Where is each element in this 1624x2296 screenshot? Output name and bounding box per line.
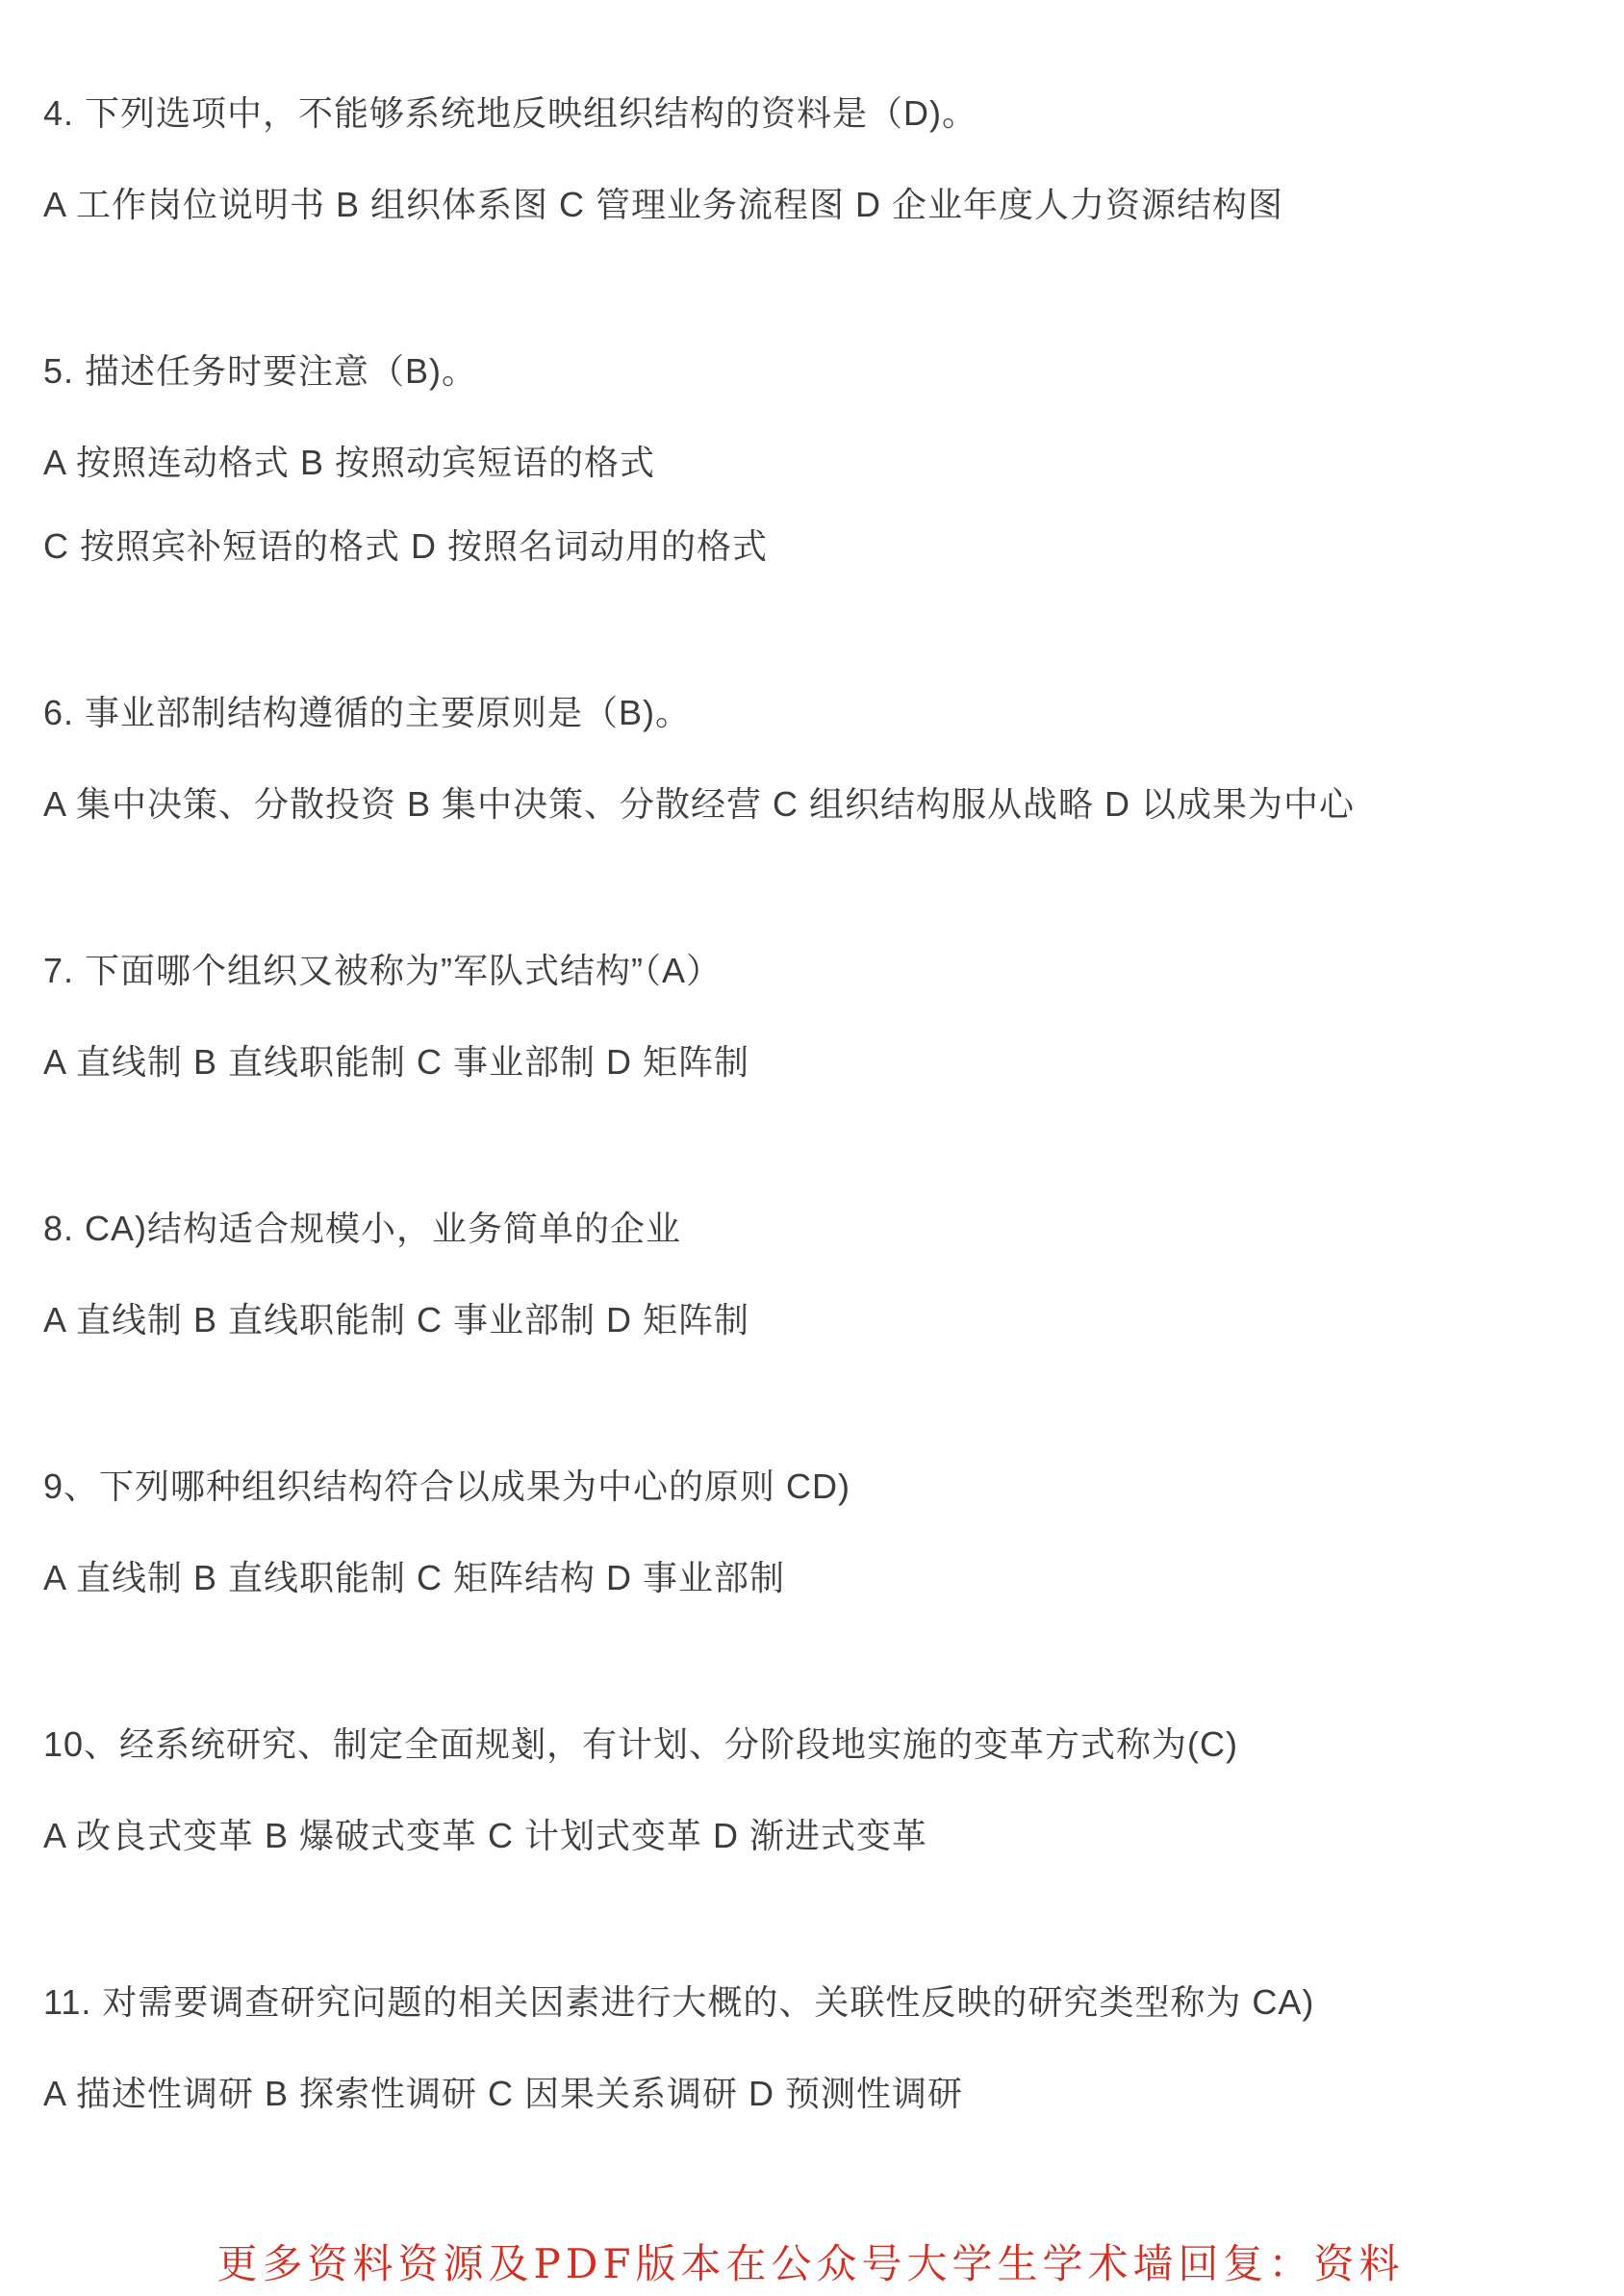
- question-block-8: 8. CA)结构适合规模小，业务简单的企业 A 直线制 B 直线职能制 C 事业…: [43, 1206, 1578, 1343]
- question-text: 8. CA)结构适合规模小，业务简单的企业: [43, 1206, 1578, 1252]
- question-block-7: 7. 下面哪个组织又被称为”军队式结构”（A） A 直线制 B 直线职能制 C …: [43, 948, 1578, 1085]
- question-options: A 工作岗位说明书 B 组织体系图 C 管理业务流程图 D 企业年度人力资源结构…: [43, 182, 1578, 228]
- question-block-10: 10、经系统研究、制定全面规剗，有计划、分阶段地实施的变革方式称为(C) A 改…: [43, 1722, 1578, 1859]
- question-text: 9、下列哪种组织结构符合以成果为中心的原则 CD): [43, 1464, 1578, 1510]
- question-options: A 直线制 B 直线职能制 C 事业部制 D 矩阵制: [43, 1297, 1578, 1343]
- question-text: 6. 事业部制结构遵循的主要原则是（B)。: [43, 690, 1578, 736]
- question-text: 5. 描述任务时要注意（B)。: [43, 348, 1578, 395]
- question-block-9: 9、下列哪种组织结构符合以成果为中心的原则 CD) A 直线制 B 直线职能制 …: [43, 1464, 1578, 1601]
- question-options: A 描述性调研 B 探索性调研 C 因果关系调研 D 预测性调研: [43, 2071, 1578, 2117]
- question-block-4: 4. 下列选项中，不能够系统地反映组织结构的资料是（D)。 A 工作岗位说明书 …: [43, 90, 1578, 228]
- question-options-cd: C 按照宾补短语的格式 D 按照名词动用的格式: [43, 523, 1578, 570]
- question-options: A 直线制 B 直线职能制 C 事业部制 D 矩阵制: [43, 1039, 1578, 1085]
- question-text: 4. 下列选项中，不能够系统地反映组织结构的资料是（D)。: [43, 90, 1578, 137]
- question-block-11: 11. 对需要调查研究问题的相关因素进行大概的、关联性反映的研究类型称为 CA)…: [43, 1979, 1578, 2117]
- question-block-5: 5. 描述任务时要注意（B)。 A 按照连动格式 B 按照动宾短语的格式 C 按…: [43, 348, 1578, 570]
- question-options: A 直线制 B 直线职能制 C 矩阵结构 D 事业部制: [43, 1555, 1578, 1601]
- question-text: 10、经系统研究、制定全面规剗，有计划、分阶段地实施的变革方式称为(C): [43, 1722, 1578, 1768]
- footer-note: 更多资料资源及PDF版本在公众号大学生学术墙回复：资料: [43, 2237, 1578, 2291]
- question-block-6: 6. 事业部制结构遵循的主要原则是（B)。 A 集中决策、分散投资 B 集中决策…: [43, 690, 1578, 828]
- question-options: A 改良式变革 B 爆破式变革 C 计划式变革 D 渐进式变革: [43, 1813, 1578, 1859]
- question-options-ab: A 按照连动格式 B 按照动宾短语的格式: [43, 440, 1578, 486]
- question-text: 11. 对需要调查研究问题的相关因素进行大概的、关联性反映的研究类型称为 CA): [43, 1979, 1578, 2026]
- document-page: 4. 下列选项中，不能够系统地反映组织结构的资料是（D)。 A 工作岗位说明书 …: [0, 0, 1624, 2296]
- question-text: 7. 下面哪个组织又被称为”军队式结构”（A）: [43, 948, 1578, 994]
- question-options: A 集中决策、分散投资 B 集中决策、分散经营 C 组织结构服从战略 D 以成果…: [43, 781, 1578, 828]
